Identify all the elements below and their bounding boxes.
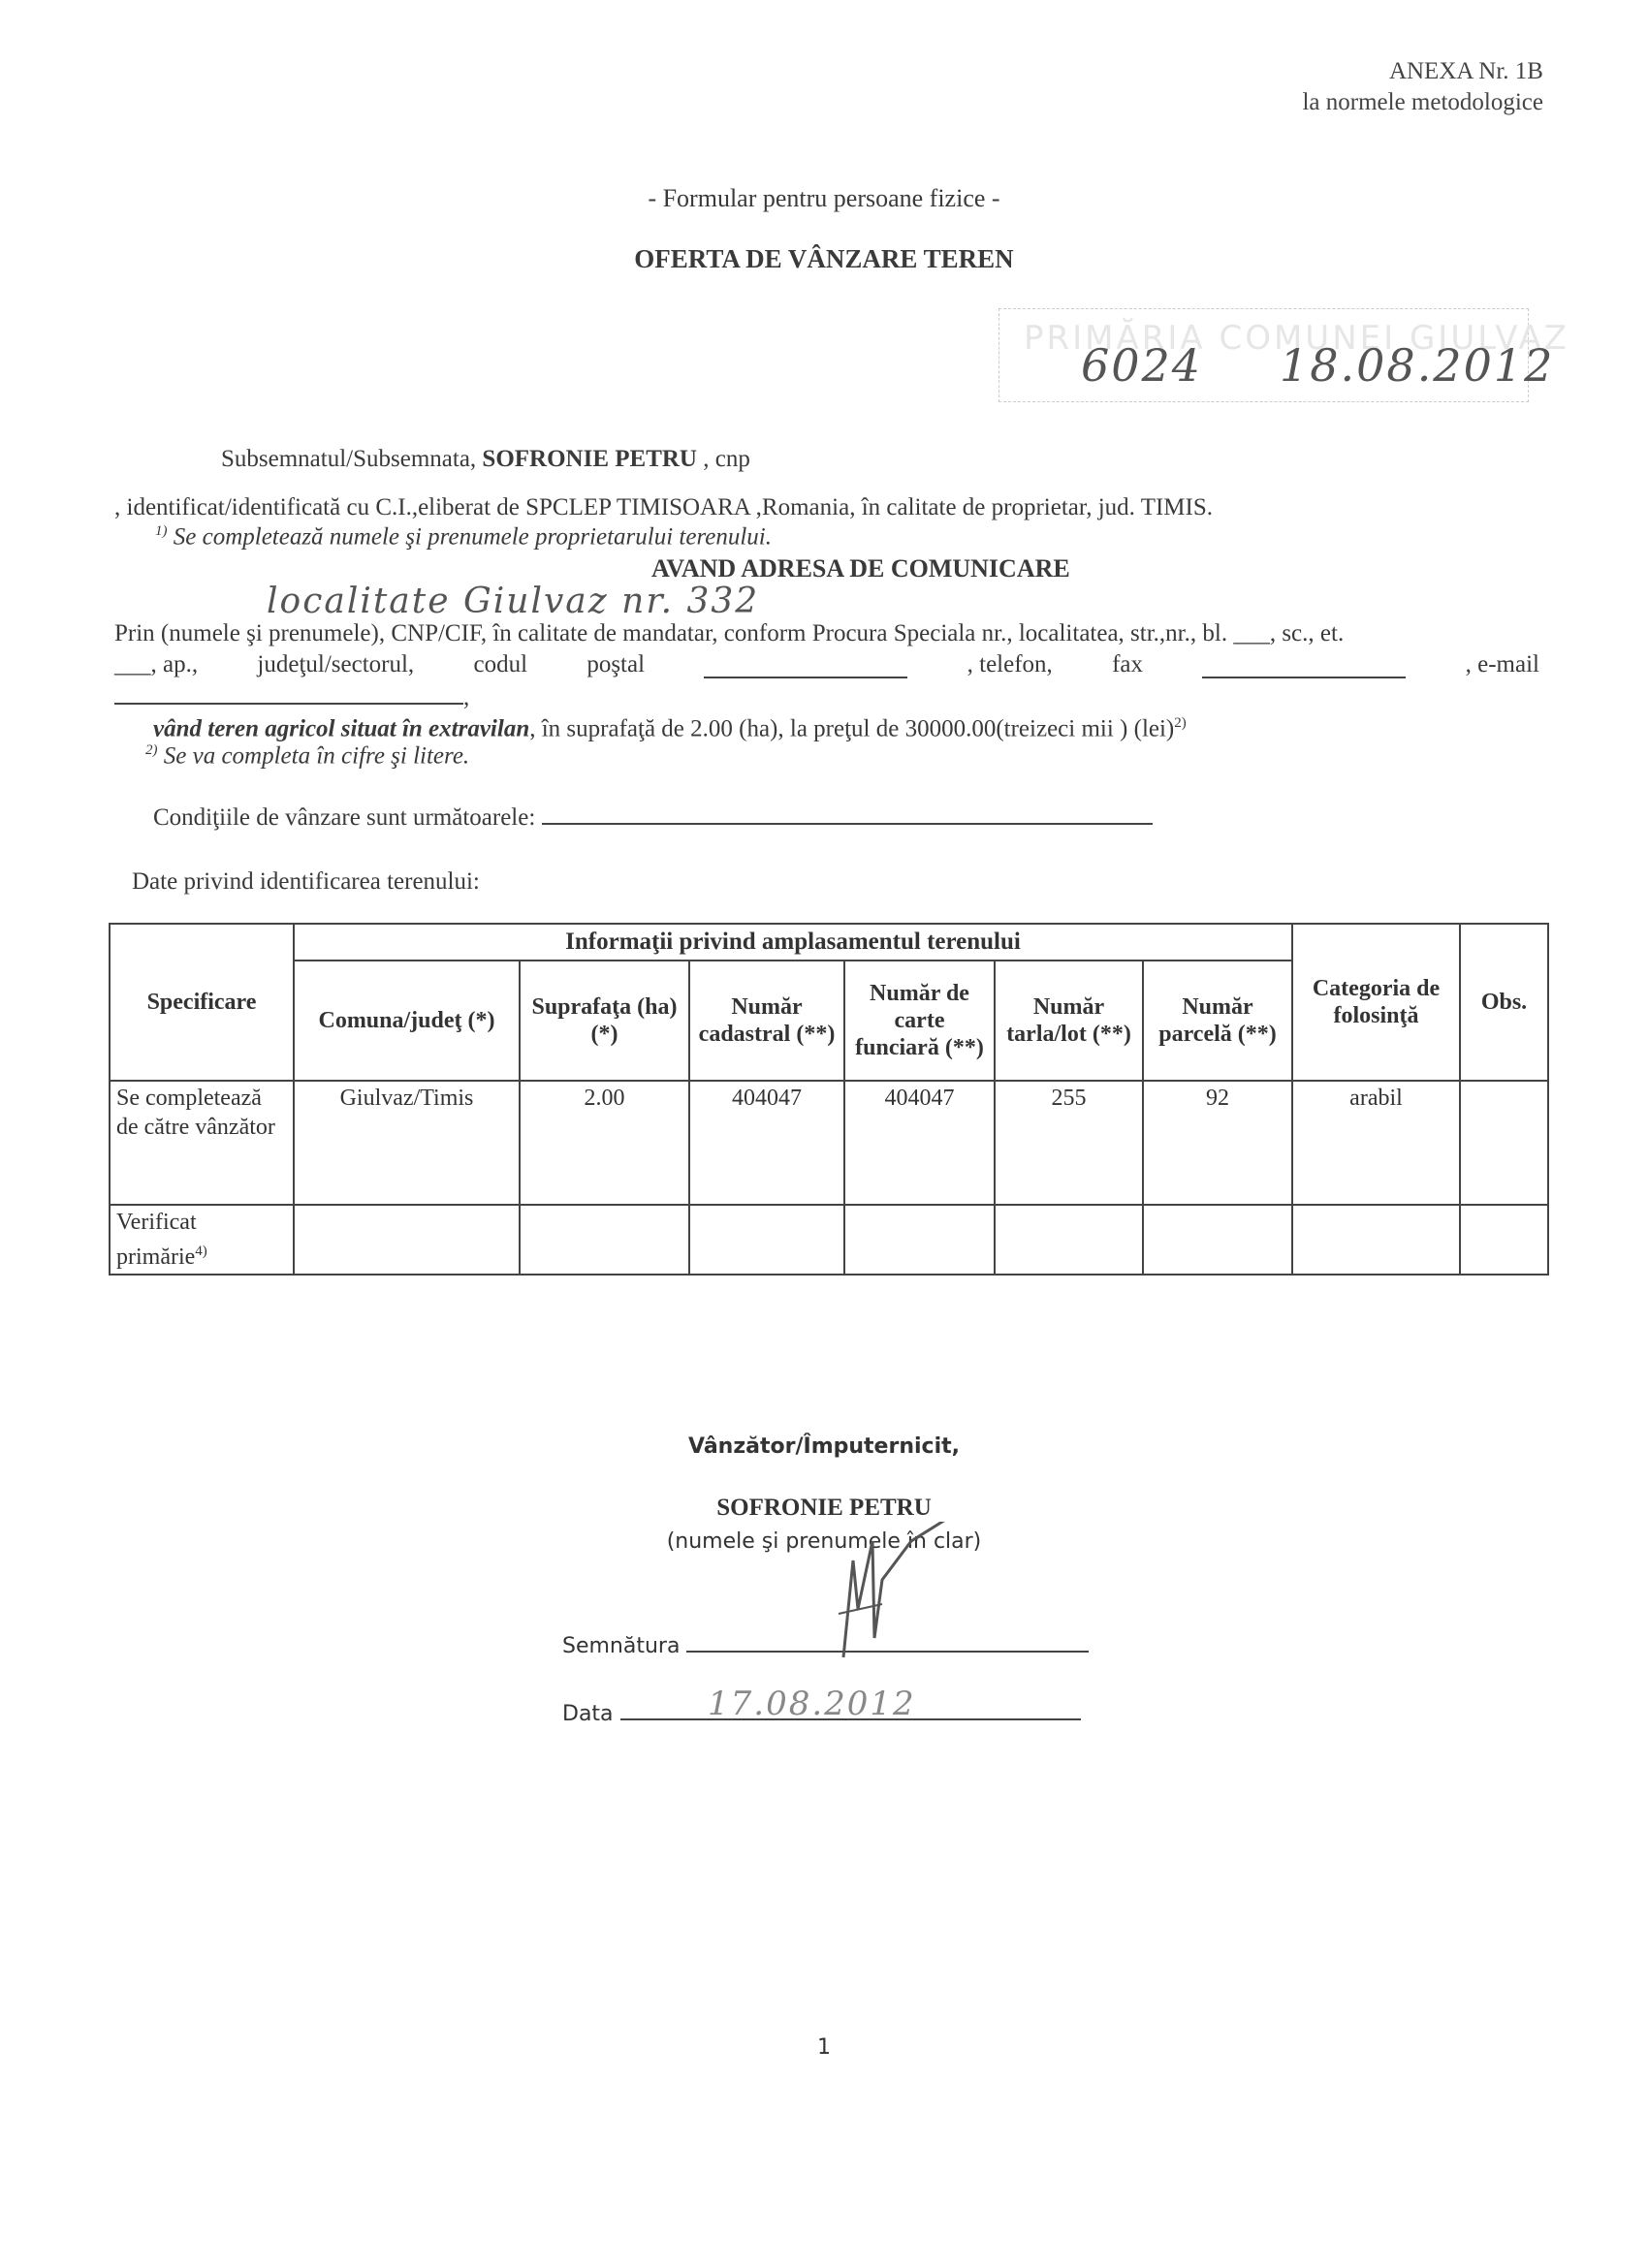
date-value: 17.08.2012 <box>708 1685 916 1723</box>
declarant-cnp-label: , cnp <box>703 446 750 472</box>
address-heading: AVAND ADRESA DE COMUNICARE <box>651 554 1070 583</box>
cell-suprafata <box>520 1205 689 1275</box>
form-subtitle: - Formular pentru persoane fizice - <box>0 184 1648 213</box>
land-table: Specificare Informaţii privind amplasame… <box>109 923 1549 1276</box>
fax-label: fax <box>1112 651 1143 678</box>
registration-number: 6024 <box>1081 339 1202 392</box>
cell-obs <box>1460 1081 1548 1205</box>
cell-cadastral: 404047 <box>689 1081 844 1205</box>
cell-categoria: arabil <box>1292 1081 1460 1205</box>
cod-label: codul <box>473 651 527 678</box>
footnote-2-ref: 2) <box>1174 715 1187 731</box>
judet-label: judeţul/sectorul, <box>257 651 414 678</box>
cell-parcela <box>1143 1205 1292 1275</box>
cell-spec-text: Verificat primărie <box>116 1210 197 1270</box>
table-row: Se completează de către vânzător Giulvaz… <box>110 1081 1548 1205</box>
footnote-1-mark: 1) <box>155 523 168 539</box>
footnote-4-ref: 4) <box>195 1244 207 1259</box>
cell-tarla: 255 <box>995 1081 1143 1205</box>
cell-parcela: 92 <box>1143 1081 1292 1205</box>
sale-type: vând teren agricol situat în extravilan <box>153 715 529 741</box>
cell-comuna: Giulvaz/Timis <box>294 1081 520 1205</box>
annex-number: ANEXA Nr. 1B <box>1302 56 1543 87</box>
proxy-line-2: ___, ap., judeţul/sectorul, codul poştal… <box>114 651 1539 678</box>
table-header-group-row: Specificare Informaţii privind amplasame… <box>110 924 1548 961</box>
declarant-intro: Subsemnatul/Subsemnata, <box>221 446 476 472</box>
signature-scribble-icon <box>814 1522 969 1667</box>
conditions-label: Condiţiile de vânzare sunt următoarele: <box>153 804 535 831</box>
email-field[interactable] <box>114 703 463 705</box>
annex-header: ANEXA Nr. 1B la normele metodologice <box>1302 56 1543 118</box>
email-label: , e-mail <box>1466 651 1539 678</box>
footnote-1-text: Se completează numele şi prenumele propr… <box>174 523 772 550</box>
footnote-1: 1) Se completează numele şi prenumele pr… <box>155 523 772 551</box>
col-cadastral: Număr cadastral (**) <box>689 961 844 1081</box>
cell-carte-funciara: 404047 <box>844 1081 995 1205</box>
land-identification-label: Date privind identificarea terenului: <box>132 868 480 896</box>
registration-date: 18.08.2012 <box>1280 339 1554 392</box>
col-parcela: Număr parcelă (**) <box>1143 961 1292 1081</box>
footnote-2-text: Se va completa în cifre şi litere. <box>164 742 469 769</box>
table-row: Verificat primărie4) <box>110 1205 1548 1275</box>
page-number: 1 <box>0 2035 1648 2060</box>
cell-spec: Verificat primărie4) <box>110 1205 294 1275</box>
col-suprafata: Suprafaţa (ha) (*) <box>520 961 689 1081</box>
cell-obs <box>1460 1205 1548 1275</box>
cell-carte-funciara <box>844 1205 995 1275</box>
cell-tarla <box>995 1205 1143 1275</box>
date-label: Data <box>562 1702 614 1726</box>
declarant-name: SOFRONIE PETRU <box>482 446 697 472</box>
cell-comuna <box>294 1205 520 1275</box>
col-comuna: Comuna/judeţ (*) <box>294 961 520 1081</box>
col-specificare: Specificare <box>110 924 294 1081</box>
postal-label: poştal <box>586 651 645 678</box>
footnote-2-mark: 2) <box>145 742 158 758</box>
page-title: OFERTA DE VÂNZARE TEREN <box>0 244 1648 274</box>
signer-name: SOFRONIE PETRU <box>0 1495 1648 1522</box>
group-header: Informaţii privind amplasamentul terenul… <box>294 924 1292 961</box>
identity-line: , identificat/identificată cu C.I.,elibe… <box>114 494 1213 521</box>
col-tarla: Număr tarla/lot (**) <box>995 961 1143 1081</box>
col-obs: Obs. <box>1460 924 1548 1081</box>
conditions-field[interactable] <box>542 823 1153 825</box>
col-categoria: Categoria de folosinţă <box>1292 924 1460 1081</box>
handwritten-address: localitate Giulvaz nr. 332 <box>267 582 759 621</box>
signer-role: Vânzător/Împuternicit, <box>0 1434 1648 1459</box>
postal-code-field[interactable] <box>704 651 907 678</box>
footnote-2: 2) Se va completa în cifre şi litere. <box>145 742 469 770</box>
fax-field[interactable] <box>1202 651 1406 678</box>
sale-details: , în suprafaţă de 2.00 (ha), la preţul d… <box>529 715 1174 741</box>
ap-label: ___, ap., <box>114 651 198 678</box>
conditions-line: Condiţiile de vânzare sunt următoarele: <box>153 804 1153 832</box>
annex-subtitle: la normele metodologice <box>1302 87 1543 118</box>
telefon-label: , telefon, <box>967 651 1053 678</box>
cell-suprafata: 2.00 <box>520 1081 689 1205</box>
signature-label: Semnătura <box>562 1634 680 1658</box>
cell-categoria <box>1292 1205 1460 1275</box>
email-line: , <box>114 684 469 711</box>
col-carte-funciara: Număr de carte funciară (**) <box>844 961 995 1081</box>
proxy-line-1: Prin (numele şi prenumele), CNP/CIF, în … <box>114 620 1344 647</box>
sale-statement: vând teren agricol situat în extravilan,… <box>153 715 1187 742</box>
declarant-line: Subsemnatul/Subsemnata, SOFRONIE PETRU ,… <box>221 446 750 473</box>
email-trailing-comma: , <box>463 684 469 710</box>
cell-cadastral <box>689 1205 844 1275</box>
cell-spec: Se completează de către vânzător <box>110 1081 294 1205</box>
